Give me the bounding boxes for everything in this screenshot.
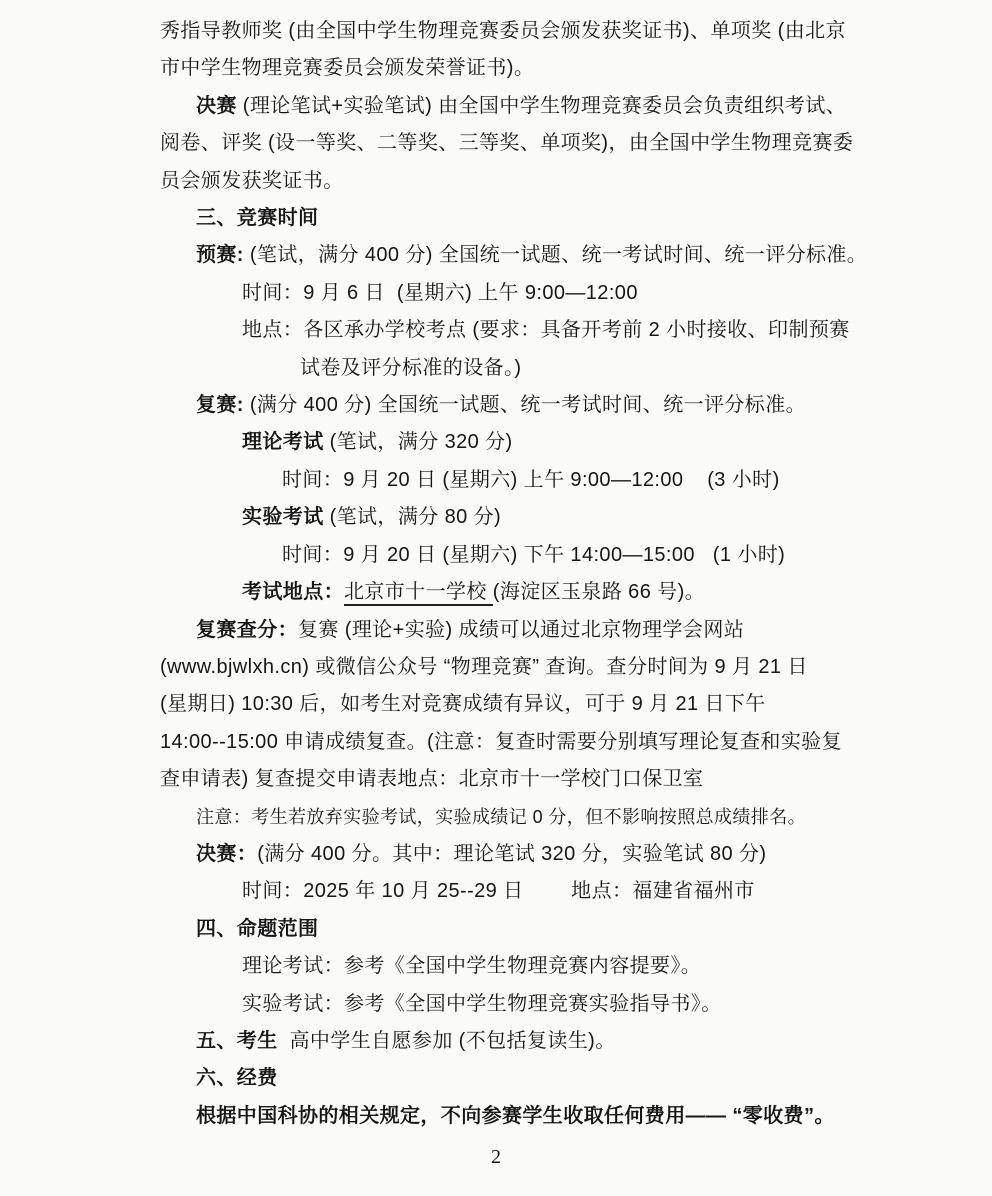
body-text: 时间：2025 年 10 月 25--29 日 地点：福建省福州市 (242, 880, 755, 902)
body-text: (笔试，满分 320 分) (324, 431, 513, 453)
score-inquiry-label: 复赛查分： (196, 619, 298, 641)
finals-label: 决赛 (196, 95, 237, 117)
doc-line: 理论考试 (笔试，满分 320 分) (160, 424, 860, 461)
doc-line: 地点：各区承办学校考点 (要求：具备开考前 2 小时接收、印制预赛 (160, 312, 860, 349)
body-text: (笔试，满分 80 分) (324, 506, 501, 528)
doc-line: (星期日) 10:30 后，如考生对竞赛成绩有异议，可于 9 月 21 日下午 (160, 686, 860, 723)
body-text: 14:00--15:00 申请成绩复查。(注意：复查时需要分别填写理论复查和实验… (160, 731, 842, 753)
body-text: (星期日) 10:30 后，如考生对竞赛成绩有异议，可于 9 月 21 日下午 (160, 693, 766, 715)
body-text: 时间：9 月 20 日 (星期六) 上午 9:00—12:00 (3 小时) (282, 469, 780, 491)
body-text: 时间：9 月 6 日 (星期六) 上午 9:00—12:00 (242, 282, 638, 304)
section-heading-candidates: 五、考生 高中学生自愿参加 (不包括复读生)。 (160, 1023, 860, 1060)
doc-line: 时间：9 月 6 日 (星期六) 上午 9:00—12:00 (160, 275, 860, 312)
doc-line: 实验考试：参考《全国中学生物理竞赛实验指导书》。 (160, 986, 860, 1023)
body-text: (满分 400 分) 全国统一试题、统一考试时间、统一评分标准。 (244, 394, 806, 416)
theory-exam-label: 理论考试 (242, 431, 324, 453)
body-text: (www.bjwlxh.cn) 或微信公众号 “物理竞赛” 查询。查分时间为 9… (160, 656, 808, 678)
document-body: 秀指导教师奖 (由全国中学生物理竞赛委员会颁发获奖证书)、单项奖 (由北京 市中… (160, 13, 860, 1135)
doc-line: 时间：9 月 20 日 (星期六) 上午 9:00—12:00 (3 小时) (160, 462, 860, 499)
body-text: (笔试，满分 400 分) 全国统一试题、统一考试时间、统一评分标准。 (244, 244, 867, 266)
body-text: 地点：各区承办学校考点 (要求：具备开考前 2 小时接收、印制预赛 (242, 319, 850, 341)
doc-line: 理论考试：参考《全国中学生物理竞赛内容提要》。 (160, 948, 860, 985)
doc-line: 预赛: (笔试，满分 400 分) 全国统一试题、统一考试时间、统一评分标准。 (160, 237, 860, 274)
exam-location-label: 考试地点： (242, 581, 344, 603)
semifinal-label: 复赛: (196, 394, 244, 416)
body-text: 秀指导教师奖 (由全国中学生物理竞赛委员会颁发获奖证书)、单项奖 (由北京 (160, 20, 846, 42)
body-text: 实验考试：参考《全国中学生物理竞赛实验指导书》。 (242, 993, 722, 1015)
doc-line: 复赛查分：复赛 (理论+实验) 成绩可以通过北京物理学会网站 (160, 612, 860, 649)
body-text: 查申请表) 复查提交申请表地点：北京市十一学校门口保卫室 (160, 768, 703, 790)
notice-line: 注意：考生若放弃实验考试，实验成绩记 0 分，但不影响按照总成绩排名。 (160, 799, 860, 836)
body-text: (理论笔试+实验笔试) 由全国中学生物理竞赛委员会负责组织考试、 (237, 95, 846, 117)
doc-line: 员会颁发获奖证书。 (160, 163, 860, 200)
body-text: 理论考试：参考《全国中学生物理竞赛内容提要》。 (242, 955, 701, 977)
doc-line: 秀指导教师奖 (由全国中学生物理竞赛委员会颁发获奖证书)、单项奖 (由北京 (160, 13, 860, 50)
body-text: 试卷及评分标准的设备。) (300, 357, 521, 379)
body-text: 阅卷、评奖 (设一等奖、二等奖、三等奖、单项奖)，由全国中学生物理竞赛委 (160, 132, 853, 154)
doc-line: 阅卷、评奖 (设一等奖、二等奖、三等奖、单项奖)，由全国中学生物理竞赛委 (160, 125, 860, 162)
doc-line: 决赛 (理论笔试+实验笔试) 由全国中学生物理竞赛委员会负责组织考试、 (160, 88, 860, 125)
section-heading-scope: 四、命题范围 (160, 911, 860, 948)
page-number: 2 (0, 1146, 992, 1169)
doc-line: 实验考试 (笔试，满分 80 分) (160, 499, 860, 536)
doc-line: 决赛：(满分 400 分。其中：理论笔试 320 分，实验笔试 80 分) (160, 836, 860, 873)
doc-line: 复赛: (满分 400 分) 全国统一试题、统一考试时间、统一评分标准。 (160, 387, 860, 424)
doc-line: 14:00--15:00 申请成绩复查。(注意：复查时需要分别填写理论复查和实验… (160, 724, 860, 761)
doc-line: 根据中国科协的相关规定，不向参赛学生收取任何费用—— “零收费”。 (160, 1098, 860, 1135)
doc-line: 时间：9 月 20 日 (星期六) 下午 14:00—15:00 (1 小时) (160, 537, 860, 574)
document-page: 秀指导教师奖 (由全国中学生物理竞赛委员会颁发获奖证书)、单项奖 (由北京 市中… (0, 0, 992, 1196)
heading-text: 四、命题范围 (196, 918, 318, 940)
doc-line: 市中学生物理竞赛委员会颁发荣誉证书)。 (160, 50, 860, 87)
body-text: 员会颁发获奖证书。 (160, 170, 344, 192)
preliminary-label: 预赛: (196, 244, 244, 266)
finals-label: 决赛： (196, 843, 257, 865)
heading-text: 三、竞赛时间 (196, 207, 318, 229)
section-heading-funding: 六、经费 (160, 1060, 860, 1097)
school-name-underlined: 北京市十一学校 (344, 581, 493, 606)
doc-line: 试卷及评分标准的设备。) (160, 350, 860, 387)
section-heading-competition-time: 三、竞赛时间 (160, 200, 860, 237)
heading-text: 五、考生 (196, 1030, 278, 1052)
doc-line: (www.bjwlxh.cn) 或微信公众号 “物理竞赛” 查询。查分时间为 9… (160, 649, 860, 686)
notice-text: 注意：考生若放弃实验考试，实验成绩记 0 分，但不影响按照总成绩排名。 (196, 807, 806, 827)
doc-line: 查申请表) 复查提交申请表地点：北京市十一学校门口保卫室 (160, 761, 860, 798)
zero-fee-statement: 根据中国科协的相关规定，不向参赛学生收取任何费用—— “零收费”。 (196, 1105, 835, 1127)
heading-text: 六、经费 (196, 1067, 278, 1089)
experiment-exam-label: 实验考试 (242, 506, 324, 528)
doc-line: 考试地点：北京市十一学校 (海淀区玉泉路 66 号)。 (160, 574, 860, 611)
body-text: 市中学生物理竞赛委员会颁发荣誉证书)。 (160, 57, 534, 79)
body-text: 高中学生自愿参加 (不包括复读生)。 (278, 1030, 616, 1052)
body-text: (满分 400 分。其中：理论笔试 320 分，实验笔试 80 分) (257, 843, 766, 865)
body-text: (海淀区玉泉路 66 号)。 (493, 581, 705, 603)
doc-line: 时间：2025 年 10 月 25--29 日 地点：福建省福州市 (160, 873, 860, 910)
body-text: 时间：9 月 20 日 (星期六) 下午 14:00—15:00 (1 小时) (282, 544, 785, 566)
body-text: 复赛 (理论+实验) 成绩可以通过北京物理学会网站 (298, 619, 744, 641)
